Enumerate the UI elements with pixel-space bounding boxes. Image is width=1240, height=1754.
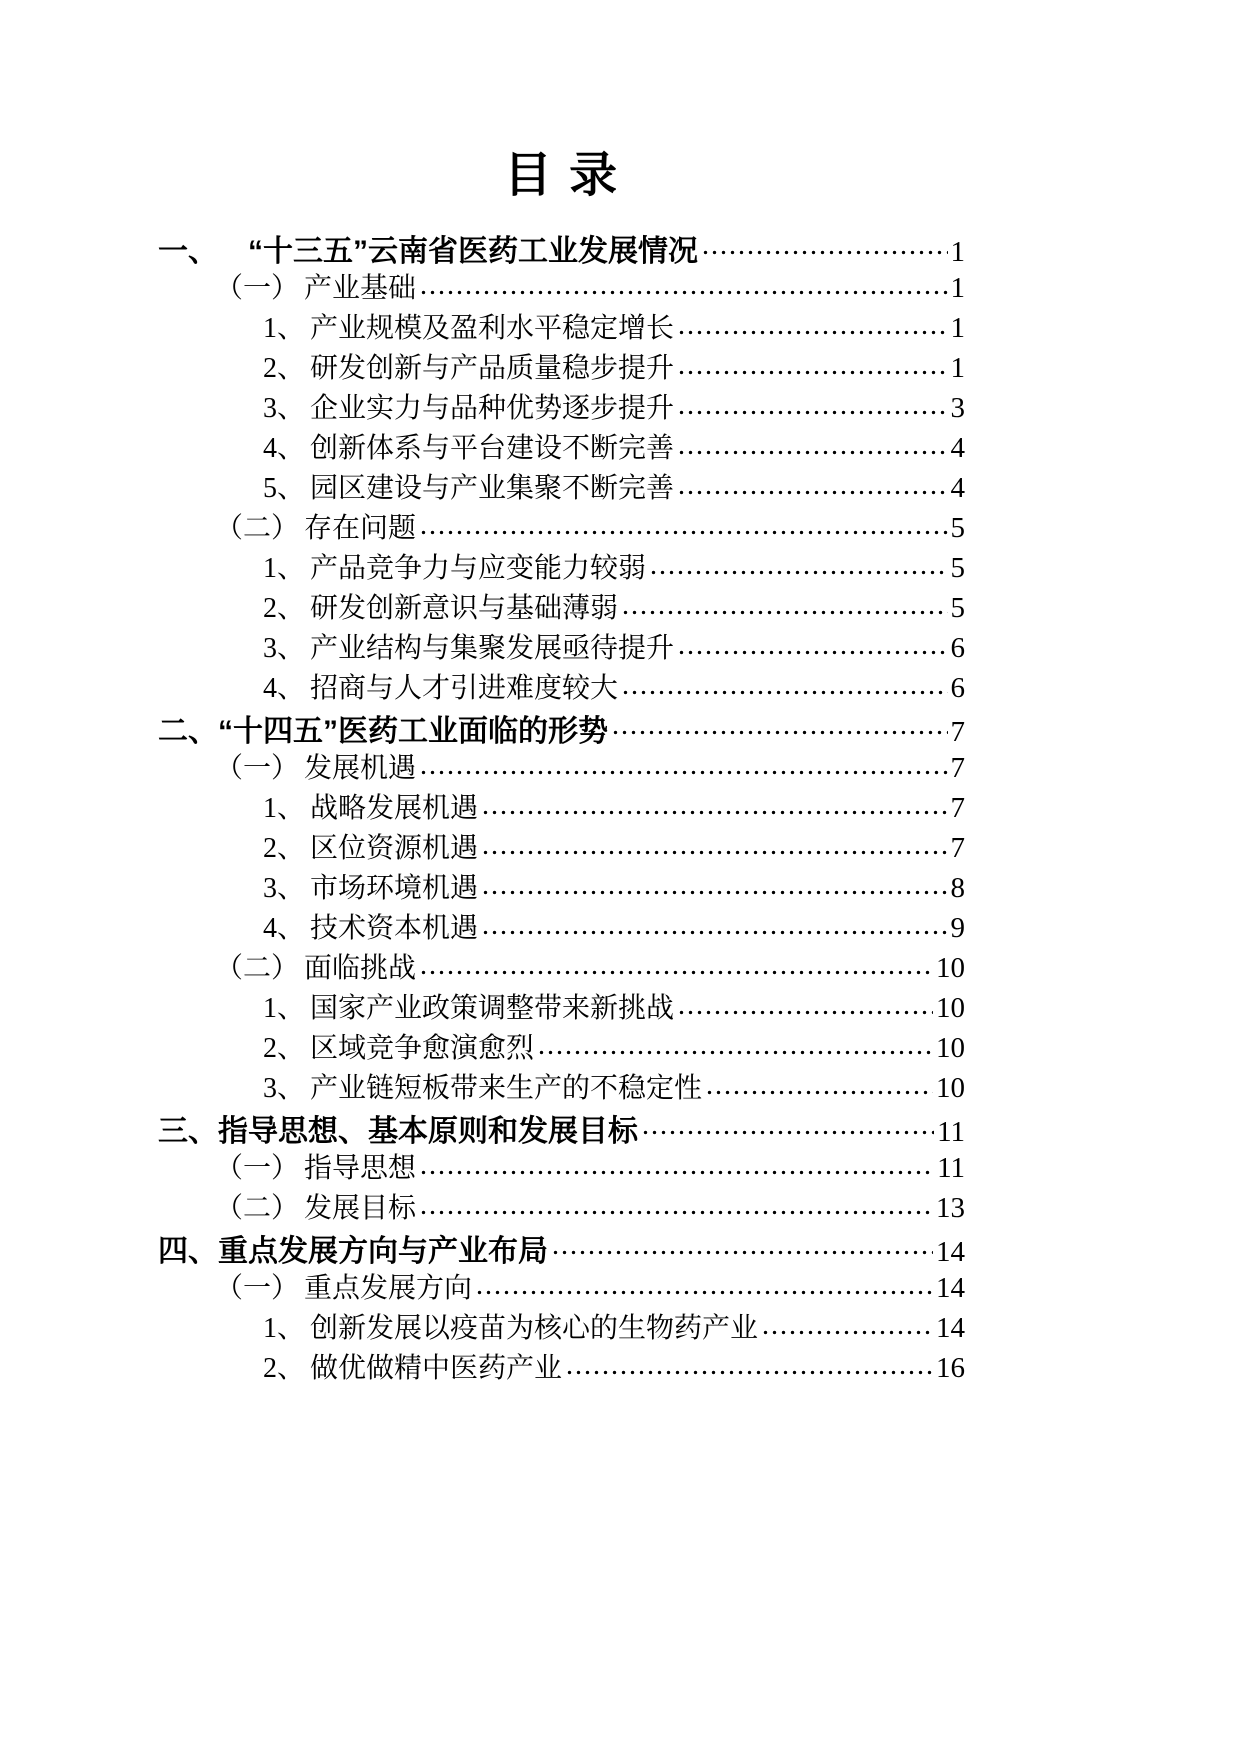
toc-entry-title: 研发创新与产品质量稳步提升: [310, 346, 674, 386]
toc-entry-page: 7: [949, 752, 966, 785]
toc-entry-title: 指导思想: [304, 1146, 416, 1186]
toc-entry-title: “十三五”云南省医药工业发展情况: [218, 226, 698, 270]
toc-entry-title: 企业实力与品种优势逐步提升: [310, 386, 674, 426]
toc-entry-title: 市场环境机遇: [310, 866, 478, 906]
toc-entry-number: 3、: [263, 866, 305, 906]
toc-entry-title: 创新发展以疫苗为核心的生物药产业: [310, 1306, 758, 1346]
dot-leader: [677, 986, 933, 1026]
toc-entry-title: 研发创新意识与基础薄弱: [310, 586, 618, 626]
toc-entry-29[interactable]: 2、 做优做精中医药产业 16: [158, 1346, 965, 1386]
dot-leader: [419, 1186, 933, 1226]
toc-entry-20[interactable]: 1、 国家产业政策调整带来新挑战 10: [158, 986, 965, 1026]
toc-entry-7[interactable]: 5、 园区建设与产业集聚不断完善 4: [158, 466, 965, 506]
dot-leader: [481, 866, 947, 906]
toc-entry-number: 1、: [263, 986, 305, 1026]
toc-entry-title: “十四五”医药工业面临的形势: [218, 706, 608, 750]
dot-leader: [649, 546, 947, 586]
toc-entry-10[interactable]: 2、 研发创新意识与基础薄弱 5: [158, 586, 965, 626]
toc-entry-number: 3、: [263, 1066, 305, 1106]
toc-entry-1[interactable]: 一、 “十三五”云南省医药工业发展情况 1: [158, 226, 965, 266]
toc-entry-19[interactable]: （二） 面临挑战 10: [158, 946, 965, 986]
toc-entry-number: （一）: [215, 746, 299, 786]
toc-entry-title: 产业规模及盈利水平稳定增长: [310, 306, 674, 346]
dot-leader: [481, 826, 947, 866]
toc-entry-title: 发展机遇: [304, 746, 416, 786]
toc-entry-15[interactable]: 1、 战略发展机遇 7: [158, 786, 965, 826]
toc-entry-title: 区位资源机遇: [310, 826, 478, 866]
toc-entry-page: 10: [934, 992, 965, 1025]
dot-leader: [551, 1226, 933, 1266]
toc-entry-number: 三、: [158, 1106, 218, 1150]
toc-entry-title: 重点发展方向与产业布局: [218, 1226, 548, 1270]
toc-entry-title: 面临挑战: [304, 946, 416, 986]
toc-entry-number: 4、: [263, 666, 305, 706]
toc-entry-23[interactable]: 三、 指导思想、基本原则和发展目标 11: [158, 1106, 965, 1146]
dot-leader: [419, 746, 947, 786]
toc-entry-18[interactable]: 4、 技术资本机遇 9: [158, 906, 965, 946]
toc-entry-title: 技术资本机遇: [310, 906, 478, 946]
table-of-contents: 一、 “十三五”云南省医药工业发展情况 1 （一） 产业基础 1 1、 产业规模…: [158, 226, 965, 1386]
dot-leader: [419, 506, 947, 546]
toc-entry-page: 14: [934, 1312, 965, 1345]
toc-entry-page: 1: [949, 272, 966, 305]
dot-leader: [419, 1146, 934, 1186]
toc-entry-number: 2、: [263, 1026, 305, 1066]
toc-entry-number: 四、: [158, 1226, 218, 1270]
toc-entry-page: 5: [949, 552, 966, 585]
toc-entry-number: 2、: [263, 346, 305, 386]
page-title: 目 录: [158, 146, 965, 206]
toc-entry-number: （二）: [215, 506, 299, 546]
toc-entry-5[interactable]: 3、 企业实力与品种优势逐步提升 3: [158, 386, 965, 426]
toc-entry-number: 4、: [263, 426, 305, 466]
toc-entry-title: 存在问题: [304, 506, 416, 546]
toc-entry-12[interactable]: 4、 招商与人才引进难度较大 6: [158, 666, 965, 706]
toc-entry-page: 4: [949, 432, 966, 465]
toc-entry-number: 一、: [158, 226, 218, 270]
toc-entry-21[interactable]: 2、 区域竞争愈演愈烈 10: [158, 1026, 965, 1066]
toc-entry-page: 6: [949, 672, 966, 705]
dot-leader: [621, 666, 947, 706]
toc-entry-number: 3、: [263, 626, 305, 666]
dot-leader: [621, 586, 947, 626]
toc-entry-page: 5: [949, 592, 966, 625]
toc-entry-page: 1: [949, 352, 966, 385]
toc-entry-13[interactable]: 二、 “十四五”医药工业面临的形势 7: [158, 706, 965, 746]
toc-entry-8[interactable]: （二） 存在问题 5: [158, 506, 965, 546]
toc-entry-title: 产品竞争力与应变能力较弱: [310, 546, 646, 586]
toc-entry-number: 1、: [263, 306, 305, 346]
toc-entry-page: 14: [934, 1236, 965, 1269]
dot-leader: [481, 786, 947, 826]
toc-entry-number: （一）: [215, 1146, 299, 1186]
toc-entry-number: 二、: [158, 706, 218, 750]
toc-entry-24[interactable]: （一） 指导思想 11: [158, 1146, 965, 1186]
toc-entry-page: 13: [934, 1192, 965, 1225]
toc-entry-page: 1: [949, 236, 966, 269]
toc-entry-page: 10: [934, 1072, 965, 1105]
toc-entry-page: 10: [934, 952, 965, 985]
toc-entry-title: 做优做精中医药产业: [310, 1346, 562, 1386]
toc-entry-number: 4、: [263, 906, 305, 946]
toc-entry-number: 1、: [263, 1306, 305, 1346]
toc-entry-page: 4: [949, 472, 966, 505]
toc-entry-title: 区域竞争愈演愈烈: [310, 1026, 534, 1066]
toc-entry-26[interactable]: 四、 重点发展方向与产业布局 14: [158, 1226, 965, 1266]
toc-entry-title: 产业结构与集聚发展亟待提升: [310, 626, 674, 666]
toc-entry-title: 招商与人才引进难度较大: [310, 666, 618, 706]
toc-entry-17[interactable]: 3、 市场环境机遇 8: [158, 866, 965, 906]
toc-entry-page: 14: [934, 1272, 965, 1305]
toc-entry-page: 8: [949, 872, 966, 905]
toc-entry-2[interactable]: （一） 产业基础 1: [158, 266, 965, 306]
toc-entry-number: 2、: [263, 586, 305, 626]
toc-entry-page: 9: [949, 912, 966, 945]
toc-entry-number: 1、: [263, 546, 305, 586]
toc-entry-page: 11: [935, 1116, 965, 1149]
toc-entry-4[interactable]: 2、 研发创新与产品质量稳步提升 1: [158, 346, 965, 386]
dot-leader: [761, 1306, 933, 1346]
toc-entry-9[interactable]: 1、 产品竞争力与应变能力较弱 5: [158, 546, 965, 586]
toc-entry-22[interactable]: 3、 产业链短板带来生产的不稳定性 10: [158, 1066, 965, 1106]
toc-entry-number: 3、: [263, 386, 305, 426]
dot-leader: [565, 1346, 933, 1386]
toc-entry-title: 重点发展方向: [304, 1266, 472, 1306]
toc-entry-number: （二）: [215, 1186, 299, 1226]
toc-entry-25[interactable]: （二） 发展目标 13: [158, 1186, 965, 1226]
toc-entry-16[interactable]: 2、 区位资源机遇 7: [158, 826, 965, 866]
toc-entry-page: 7: [949, 792, 966, 825]
dot-leader: [481, 906, 947, 946]
document-page: 目 录 一、 “十三五”云南省医药工业发展情况 1 （一） 产业基础 1 1、 …: [0, 0, 1240, 1754]
toc-entry-title: 国家产业政策调整带来新挑战: [310, 986, 674, 1026]
toc-entry-number: （一）: [215, 1266, 299, 1306]
dot-leader: [419, 946, 933, 986]
toc-entry-number: 1、: [263, 786, 305, 826]
toc-entry-3[interactable]: 1、 产业规模及盈利水平稳定增长 1: [158, 306, 965, 346]
toc-entry-number: 2、: [263, 826, 305, 866]
dot-leader: [677, 626, 947, 666]
dot-leader: [705, 1066, 933, 1106]
toc-entry-page: 3: [949, 392, 966, 425]
dot-leader: [677, 346, 947, 386]
toc-entry-number: （二）: [215, 946, 299, 986]
toc-entry-number: 2、: [263, 1346, 305, 1386]
dot-leader: [677, 426, 947, 466]
toc-entry-14[interactable]: （一） 发展机遇 7: [158, 746, 965, 786]
dot-leader: [701, 226, 948, 266]
toc-entry-title: 产业链短板带来生产的不稳定性: [310, 1066, 702, 1106]
toc-entry-page: 6: [949, 632, 966, 665]
toc-entry-title: 园区建设与产业集聚不断完善: [310, 466, 674, 506]
toc-entry-27[interactable]: （一） 重点发展方向 14: [158, 1266, 965, 1306]
dot-leader: [537, 1026, 933, 1066]
toc-entry-page: 1: [949, 312, 966, 345]
toc-entry-6[interactable]: 4、 创新体系与平台建设不断完善 4: [158, 426, 965, 466]
toc-entry-title: 指导思想、基本原则和发展目标: [218, 1106, 638, 1150]
toc-entry-title: 战略发展机遇: [310, 786, 478, 826]
toc-entry-page: 11: [935, 1152, 965, 1185]
dot-leader: [419, 266, 947, 306]
toc-entry-title: 发展目标: [304, 1186, 416, 1226]
toc-entry-page: 16: [934, 1352, 965, 1385]
dot-leader: [677, 386, 947, 426]
dot-leader: [475, 1266, 933, 1306]
dot-leader: [677, 466, 947, 506]
toc-entry-page: 5: [949, 512, 966, 545]
toc-entry-page: 10: [934, 1032, 965, 1065]
toc-entry-number: （一）: [215, 266, 299, 306]
toc-entry-page: 7: [949, 832, 966, 865]
dot-leader: [641, 1106, 934, 1146]
toc-entry-28[interactable]: 1、 创新发展以疫苗为核心的生物药产业 14: [158, 1306, 965, 1346]
toc-entry-title: 创新体系与平台建设不断完善: [310, 426, 674, 466]
dot-leader: [677, 306, 947, 346]
toc-entry-title: 产业基础: [304, 266, 416, 306]
dot-leader: [611, 706, 948, 746]
toc-entry-number: 5、: [263, 466, 305, 506]
toc-entry-11[interactable]: 3、 产业结构与集聚发展亟待提升 6: [158, 626, 965, 666]
toc-entry-page: 7: [949, 716, 966, 749]
